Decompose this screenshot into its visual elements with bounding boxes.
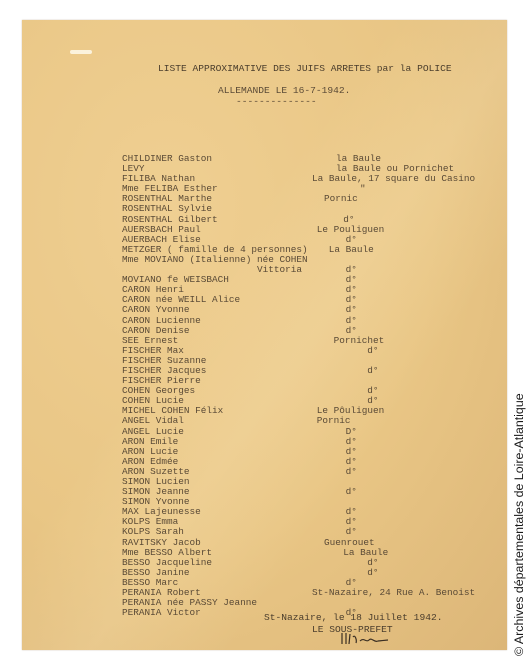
person-name: CARON Yvonne <box>122 305 190 315</box>
person-name: PERANIA Victor <box>122 608 201 618</box>
arrest-location: La Baule <box>329 245 374 255</box>
arrest-location: La Baule <box>343 548 388 558</box>
arrest-list: CHILDINER Gastonla BauleLEVYla Baule ou … <box>122 154 492 618</box>
handwritten-signature <box>338 631 398 645</box>
arrest-location: d° <box>346 487 357 497</box>
arrest-location: St-Nazaire, 24 Rue A. Benoist <box>312 588 475 598</box>
arrest-location: Pornic <box>324 194 358 204</box>
document-title: LISTE APPROXIMATIVE DES JUIFS ARRETES pa… <box>158 63 452 74</box>
arrest-location: d° <box>367 568 378 578</box>
arrest-location: d° <box>367 366 378 376</box>
title-underline: -------------- <box>236 96 317 107</box>
arrest-location: d° <box>367 346 378 356</box>
arrest-location: " <box>360 184 366 194</box>
list-item: CARON Yvonned° <box>122 305 492 315</box>
arrest-location: d° <box>346 305 357 315</box>
copyright-watermark: © Archives départementales de Loire-Atla… <box>512 393 526 656</box>
document-subtitle: ALLEMANDE LE 16-7-1942. <box>218 85 350 96</box>
arrest-location: La Baule, 17 square du Casino <box>312 174 475 184</box>
punch-hole-mark <box>70 50 92 54</box>
place-date: St-Nazaire, le 18 Juillet 1942. <box>264 612 442 623</box>
arrest-location: d° <box>346 467 357 477</box>
